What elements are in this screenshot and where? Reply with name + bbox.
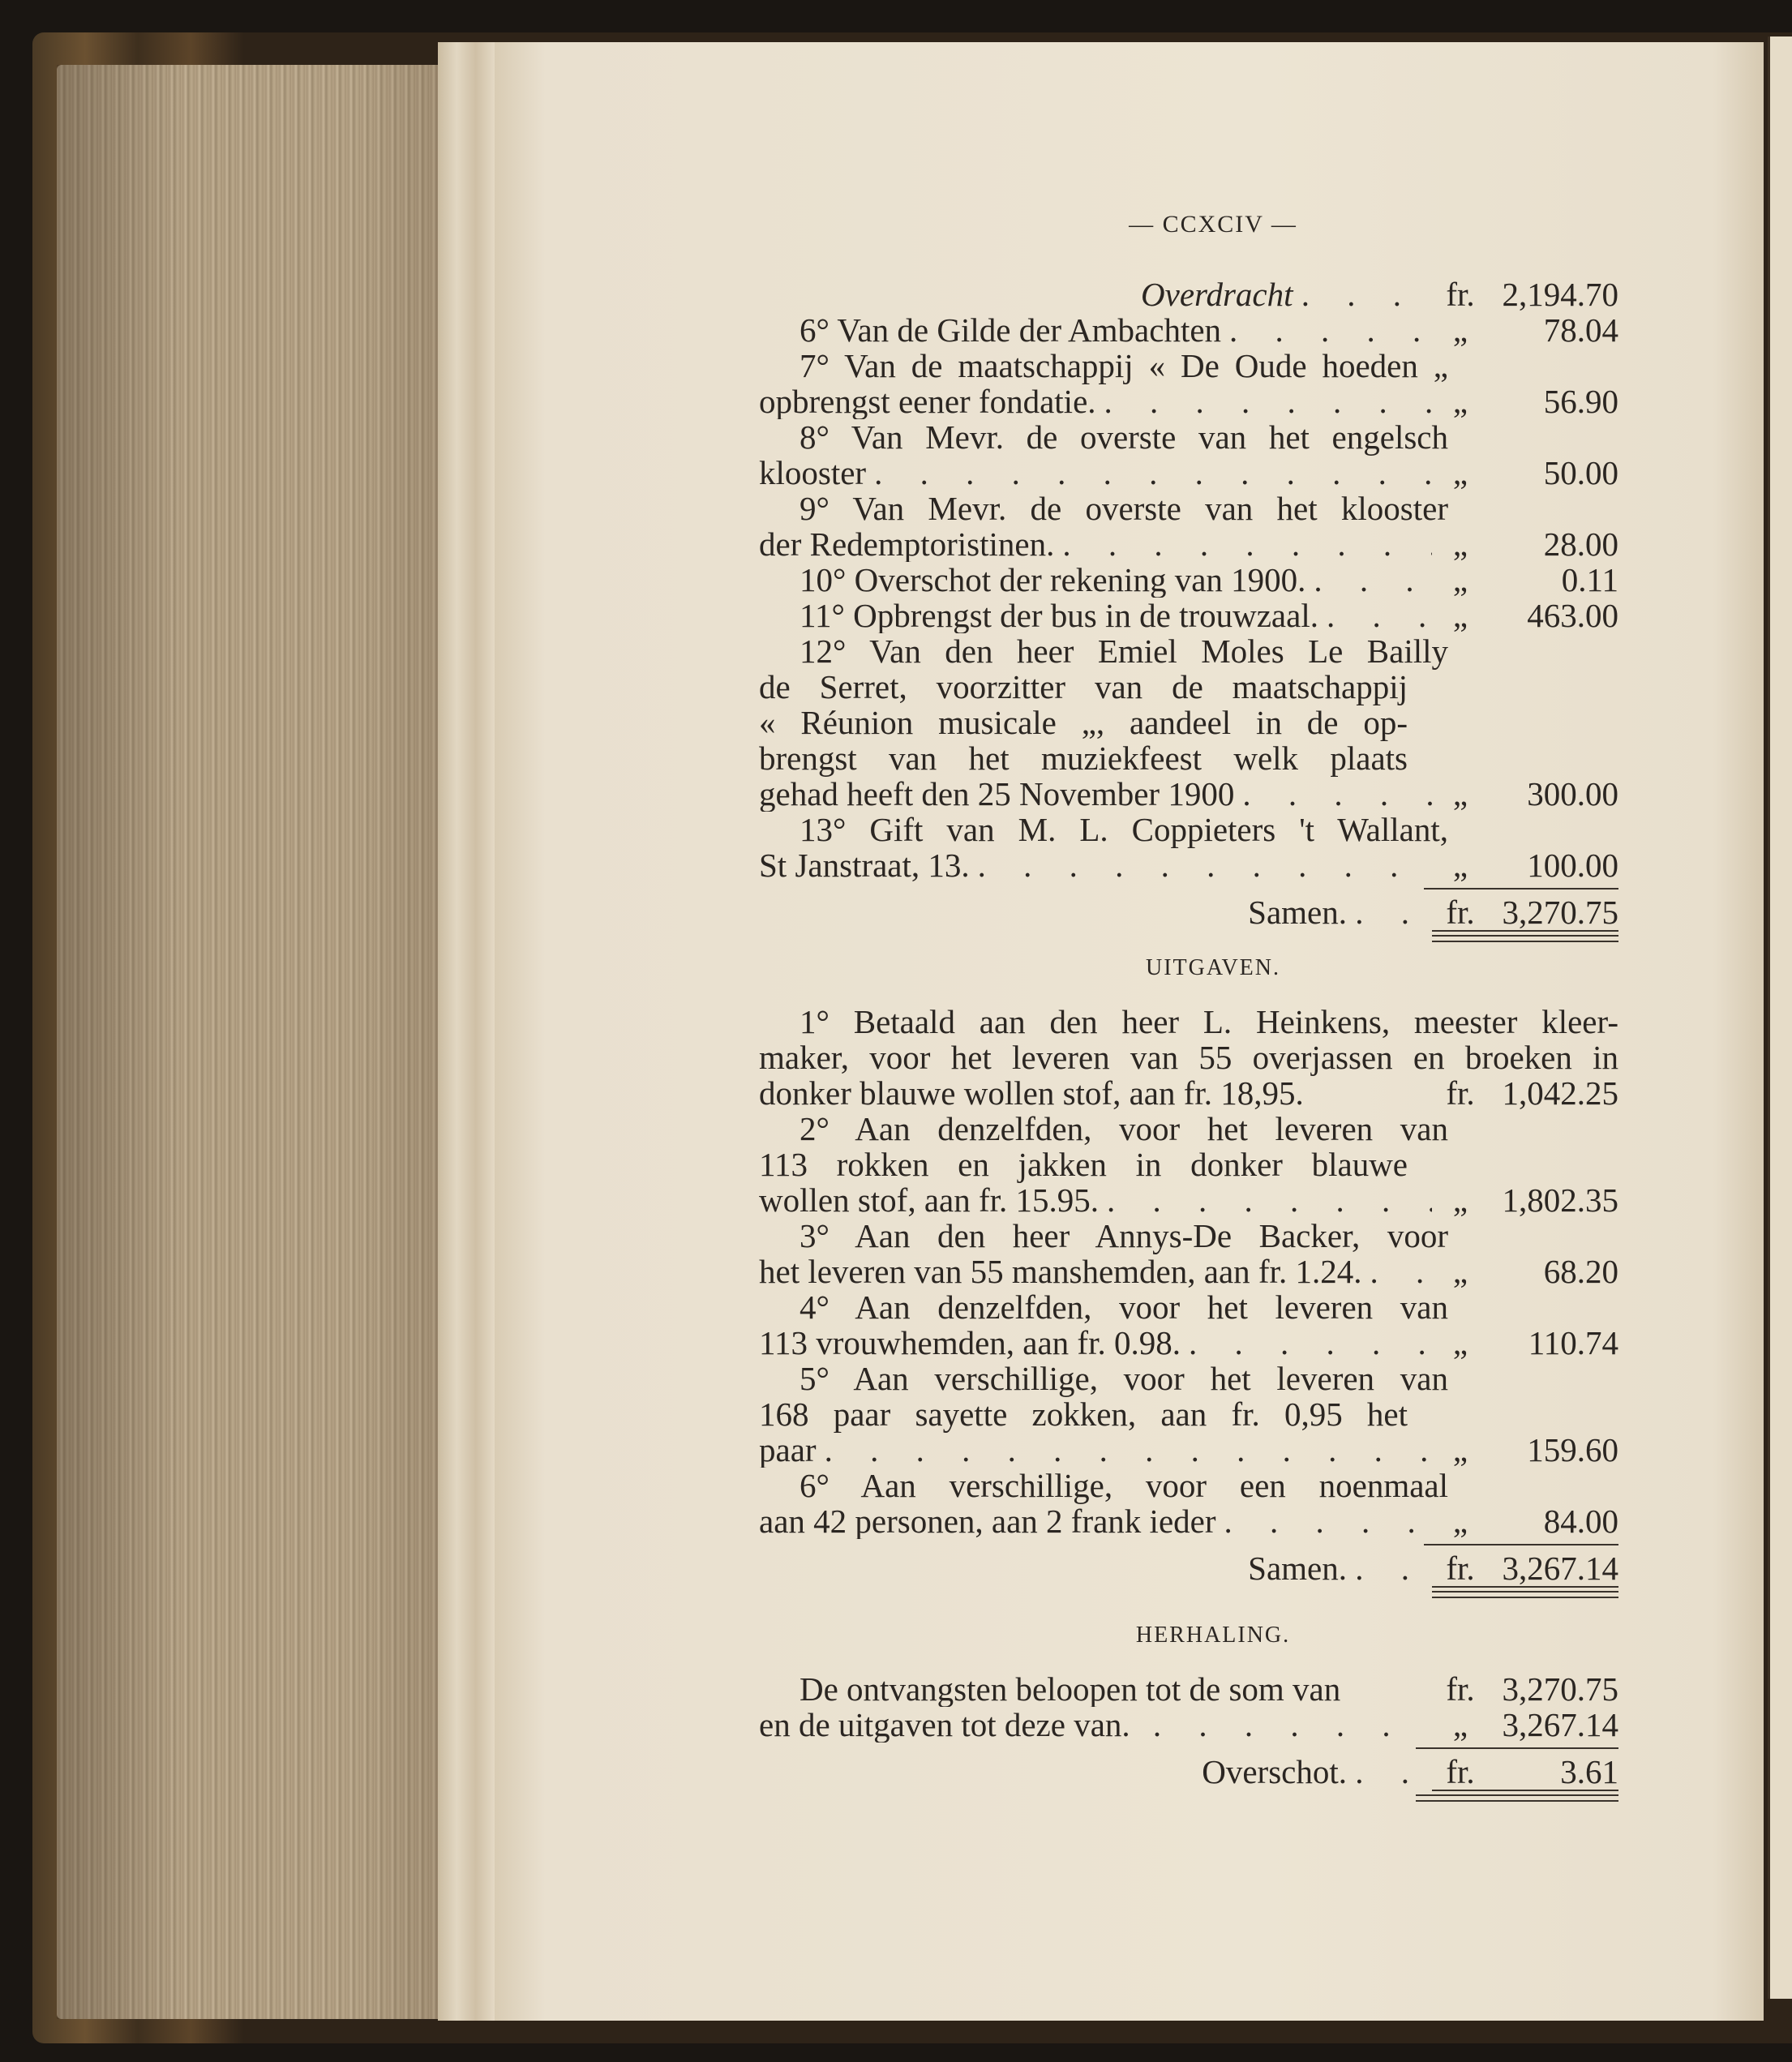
entry-text: 2° Aan denzelfden, voor het leveren van [759,1111,1448,1147]
summary-label: De ontvangsten beloopen tot de som van [759,1671,1432,1707]
entry-line: opbrengst eener fondatie. . . . . . . . … [759,384,1618,419]
expenses-list: 1° Betaald aan den heer L. Heinkens, mee… [759,1004,1618,1539]
expenses-heading: UITGAVEN. [759,950,1618,986]
entry-line: aan 42 personen, aan 2 frank ieder . . .… [759,1503,1618,1539]
entry-unit: „ [1432,312,1489,348]
entry-text: het leveren van 55 manshemden, aan fr. 1… [759,1254,1361,1289]
receipts-total-amount: 3,270.75 [1489,894,1618,932]
entry-amount: 78.04 [1489,312,1618,348]
entry-unit: „ [1432,847,1489,883]
entry-line: 113 rokken en jakken in donker blauwe [759,1147,1618,1182]
entry-line: 113 vrouwhemden, aan fr. 0.98. . . . . .… [759,1325,1618,1361]
entry-line: 2° Aan denzelfden, voor het leveren van [759,1111,1618,1147]
entry-text: opbrengst eener fondatie. [759,384,1096,419]
double-rule [1416,1794,1618,1802]
dot-leader: . . . . . . . . . . . . . . . . . . . [817,1432,1432,1468]
entry-text: 6° Van de Gilde der Ambachten [759,312,1221,348]
entry-amount: 68.20 [1489,1254,1618,1289]
entry-text: 11° Opbrengst der bus in de trouwzaal. [759,598,1318,633]
dot-leader: . . . . . . . . . . . . . . . . . . . [1305,562,1432,598]
entry-amount: 1,042.25 [1489,1075,1618,1111]
total-rule [1424,888,1618,890]
dot-leader: . . . . . . . . . . . . . . . . . . . [970,847,1432,883]
entry-text: 168 paar sayette zokken, aan fr. 0,95 he… [759,1396,1408,1432]
summary-amount: 3,267.14 [1489,1707,1618,1743]
balance-amount: 3.61 [1489,1754,1618,1791]
entry-amount: 159.60 [1489,1432,1618,1468]
entry-text: 7° Van de maatschappij « De Oude hoeden … [759,348,1448,384]
expenses-total-amount: 3,267.14 [1489,1550,1618,1588]
entry-line: 10° Overschot der rekening van 1900. . .… [759,562,1618,598]
entry-text: St Janstraat, 13. [759,847,970,883]
entry-text: 1° Betaald aan den heer L. Heinkens, mee… [759,1004,1618,1040]
entry-line: maker, voor het leveren van 55 overjasse… [759,1040,1618,1075]
entry-line: wollen stof, aan fr. 15.95. . . . . . . … [759,1182,1618,1218]
entry-line: het leveren van 55 manshemden, aan fr. 1… [759,1254,1618,1289]
entry-amount: 300.00 [1489,776,1618,812]
entry-text: maker, voor het leveren van 55 overjasse… [759,1040,1618,1075]
entry-unit: „ [1432,1182,1489,1218]
entry-line: paar . . . . . . . . . . . . . . . . . .… [759,1432,1618,1468]
carry-over-label: Overdracht [1141,277,1293,312]
page-edges-left [57,65,478,2019]
next-page-edge [1768,36,1792,1999]
entry-line: 6° Van de Gilde der Ambachten . . . . . … [759,312,1618,348]
entry-line: 6° Aan verschillige, voor een noenmaal [759,1468,1618,1503]
entry-unit: „ [1432,526,1489,562]
expenses-total-label: Samen. [1248,1550,1347,1586]
expenses-total-unit: fr. [1432,1550,1489,1588]
entry-line: 11° Opbrengst der bus in de trouwzaal. .… [759,598,1618,633]
entry-unit: „ [1432,1432,1489,1468]
expenses-total-row: Samen. . . fr. 3,267.14 [759,1550,1618,1588]
entry-line: klooster . . . . . . . . . . . . . . . .… [759,455,1618,491]
receipts-total-row: Samen. . . fr. 3,270.75 [759,894,1618,932]
dot-leader: . . . . . . . . . . . . . . . . . . . [1054,526,1432,562]
entry-line: de Serret, voorzitter van de maatschappi… [759,669,1618,705]
entry-line: brengst van het muziekfeest welk plaats [759,740,1618,776]
entry-line: 13° Gift van M. L. Coppieters 't Wallant… [759,812,1618,847]
entry-line: der Redemptoristinen. . . . . . . . . . … [759,526,1618,562]
entry-unit: „ [1432,1254,1489,1289]
entry-line: St Janstraat, 13. . . . . . . . . . . . … [759,847,1618,883]
entry-text: « Réunion musicale „, aandeel in de op- [759,705,1408,740]
total-rule [1424,1544,1618,1545]
entry-text: der Redemptoristinen. [759,526,1054,562]
entry-line: 1° Betaald aan den heer L. Heinkens, mee… [759,1004,1618,1040]
entry-text: de Serret, voorzitter van de maatschappi… [759,669,1408,705]
page-edges-near [438,42,495,2021]
double-rule [1432,1591,1618,1598]
dot-leader: . . . . . . . . . . . . . . . . . . . [1216,1503,1433,1539]
dot-leader: . . . . . . . . . . . . . . . . . . . [1361,1254,1432,1289]
dot-leader: . . . . . . . . . . . . . . . . . . . [1181,1325,1432,1361]
dot-leader: . . . . . . . . . . . . . . . . . . . [1234,776,1432,812]
entry-amount: 50.00 [1489,455,1618,491]
carry-over-unit: fr. [1432,277,1489,312]
entry-text: klooster [759,455,866,491]
entry-line: gehad heeft den 25 November 1900 . . . .… [759,776,1618,812]
entry-amount: 0.11 [1489,562,1618,598]
entry-amount: 84.00 [1489,1503,1618,1539]
entry-unit: „ [1432,1503,1489,1539]
entry-unit: „ [1432,384,1489,419]
entry-amount: 1,802.35 [1489,1182,1618,1218]
entry-text: 6° Aan verschillige, voor een noenmaal [759,1468,1448,1503]
entry-amount: 463.00 [1489,598,1618,633]
summary-row: en de uitgaven tot deze van. . . . . . .… [759,1707,1618,1743]
entry-amount: 28.00 [1489,526,1618,562]
entry-text: gehad heeft den 25 November 1900 [759,776,1234,812]
entry-text: aan 42 personen, aan 2 frank ieder [759,1503,1216,1539]
entry-text: 12° Van den heer Emiel Moles Le Bailly [759,633,1448,669]
entry-text: 9° Van Mevr. de overste van het klooster [759,491,1448,526]
entry-unit: „ [1432,598,1489,633]
entry-line: donker blauwe wollen stof, aan fr. 18,95… [759,1075,1618,1111]
entry-amount: 100.00 [1489,847,1618,883]
entry-text: wollen stof, aan fr. 15.95. [759,1182,1099,1218]
entry-text: 113 vrouwhemden, aan fr. 0.98. [759,1325,1181,1361]
entry-line: 7° Van de maatschappij « De Oude hoeden … [759,348,1618,384]
page-text: — CCXCIV — Overdracht . . . fr. 2,194.70… [759,207,1618,1807]
entry-line: 3° Aan den heer Annys-De Backer, voor [759,1218,1618,1254]
entry-text: brengst van het muziekfeest welk plaats [759,740,1408,776]
summary-label: en de uitgaven tot deze van. [759,1707,1130,1743]
summary-row: De ontvangsten beloopen tot de som van f… [759,1671,1618,1707]
entry-unit: „ [1432,562,1489,598]
running-head: — CCXCIV — [759,207,1618,242]
carry-over-amount: 2,194.70 [1489,277,1618,312]
receipts-list: 6° Van de Gilde der Ambachten . . . . . … [759,312,1618,883]
entry-unit: „ [1432,455,1489,491]
entry-amount: 110.74 [1489,1325,1618,1361]
entry-text: 13° Gift van M. L. Coppieters 't Wallant… [759,812,1448,847]
dot-leader: . . . . . . . . . . . . . . . . . . . [1221,312,1432,348]
entry-unit: fr. [1432,1075,1489,1111]
entry-line: 12° Van den heer Emiel Moles Le Bailly [759,633,1618,669]
entry-line: 8° Van Mevr. de overste van het engelsch [759,419,1618,455]
entry-text: 4° Aan denzelfden, voor het leveren van [759,1289,1448,1325]
carry-over-row: Overdracht . . . fr. 2,194.70 [759,277,1618,312]
entry-line: 5° Aan verschillige, voor het leveren va… [759,1361,1618,1396]
double-rule [1432,935,1618,942]
entry-text: 8° Van Mevr. de overste van het engelsch [759,419,1448,455]
total-rule [1416,1747,1618,1749]
entry-text: donker blauwe wollen stof, aan fr. 18,95… [759,1075,1304,1111]
entry-line: « Réunion musicale „, aandeel in de op- [759,705,1618,740]
summary-heading: HERHALING. [759,1618,1618,1653]
dot-leader: . . . . . . . . . . . . . . . . . . . [1096,384,1432,419]
entry-line: 4° Aan denzelfden, voor het leveren van [759,1289,1618,1325]
entry-amount: 56.90 [1489,384,1618,419]
summary-amount: 3,270.75 [1489,1671,1618,1707]
entry-text: 5° Aan verschillige, voor het leveren va… [759,1361,1448,1396]
entry-text: 113 rokken en jakken in donker blauwe [759,1147,1408,1182]
dot-leader: . . . . . . . . . . . . . . . . . . . [866,455,1432,491]
receipts-total-label: Samen. [1248,894,1347,930]
entry-line: 9° Van Mevr. de overste van het klooster [759,491,1618,526]
balance-unit: fr. [1432,1754,1489,1791]
balance-row: Overschot. . . fr. 3.61 [759,1754,1618,1791]
entry-line: 168 paar sayette zokken, aan fr. 0,95 he… [759,1396,1618,1432]
entry-text: 3° Aan den heer Annys-De Backer, voor [759,1218,1448,1254]
entry-unit: „ [1432,776,1489,812]
entry-text: paar [759,1432,817,1468]
dot-leader: . . . . . . . . . . . . . . . . . . . [1099,1182,1432,1218]
receipts-total-unit: fr. [1432,894,1489,932]
dot-leader: . . . . . . . . . . . . . . . . . . . [1318,598,1432,633]
balance-label: Overschot. [1202,1754,1347,1790]
entry-text: 10° Overschot der rekening van 1900. [759,562,1305,598]
summary-unit: „ [1432,1707,1489,1743]
entry-unit: „ [1432,1325,1489,1361]
summary-unit: fr. [1432,1671,1489,1707]
